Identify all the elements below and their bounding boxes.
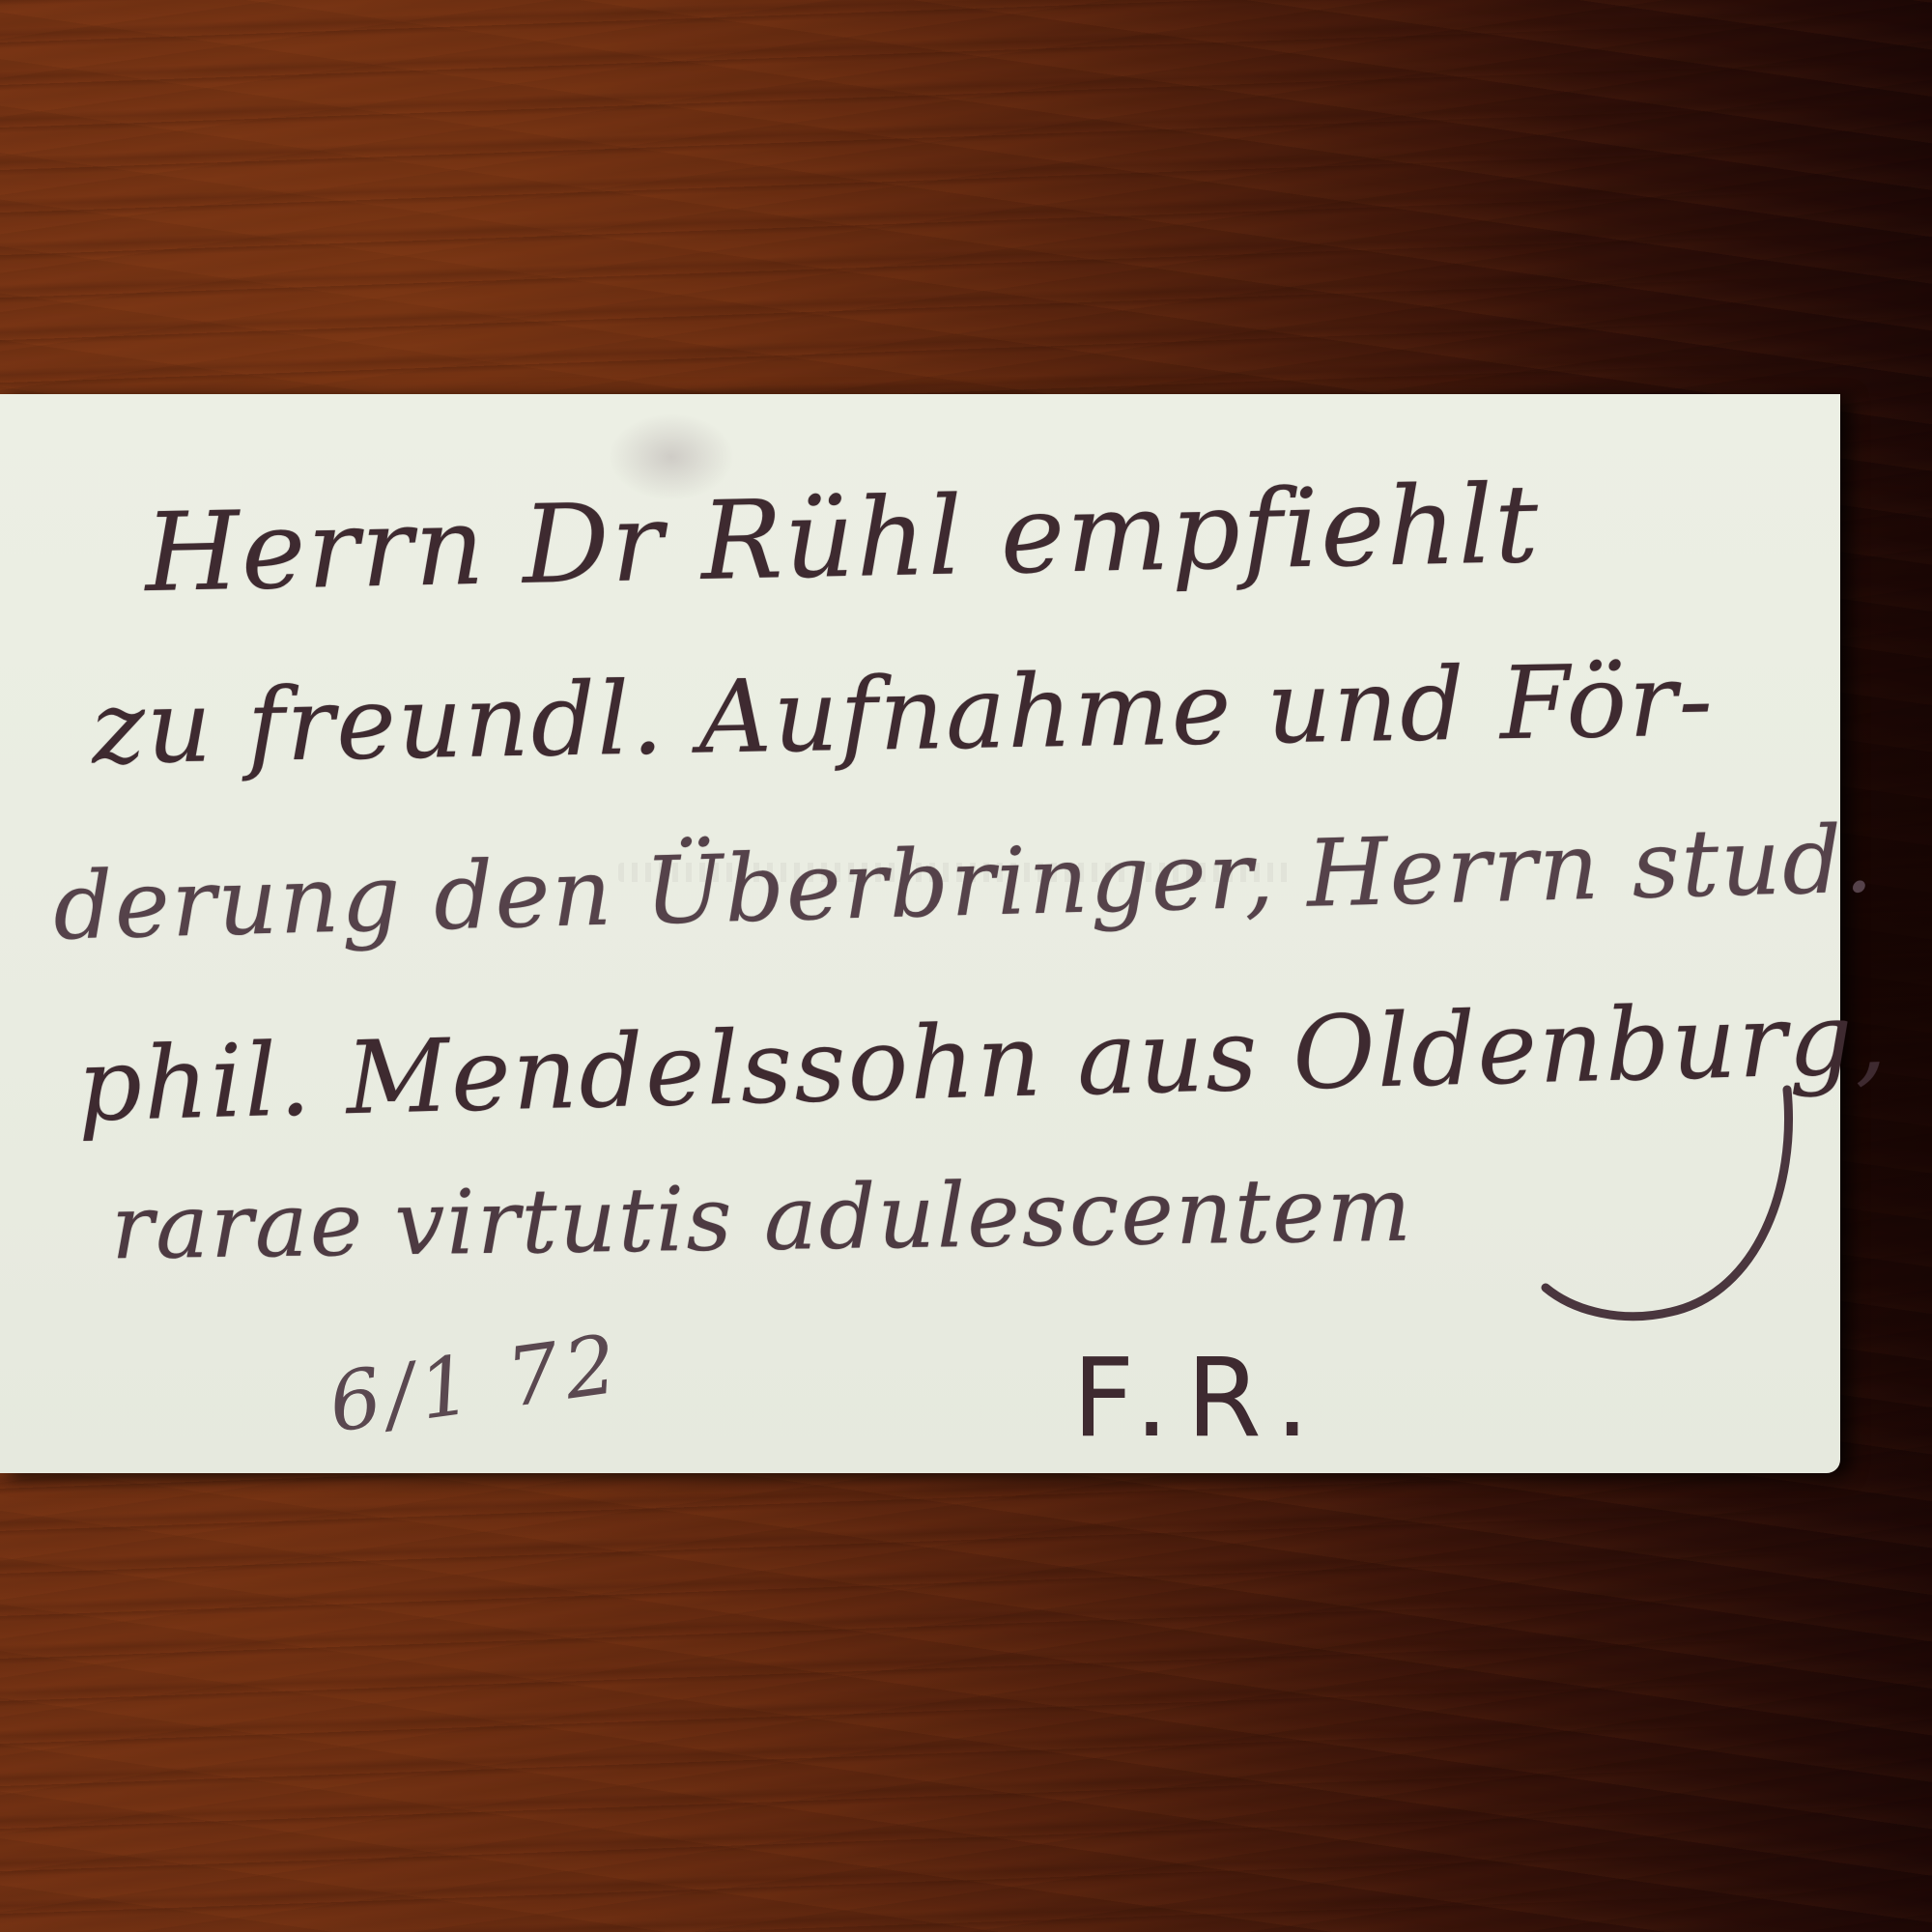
card-line-2: zu freundl. Aufnahme und För- — [91, 640, 1716, 786]
card-date: 6/1 72 — [324, 1316, 628, 1450]
pen-flourish-icon — [1507, 1070, 1816, 1379]
card-signature: F.R. — [1072, 1336, 1326, 1462]
card-line-5: rarae virtutis adulescentem — [110, 1158, 1413, 1280]
card-line-1: Herrn Dr Rühl empfiehlt — [144, 462, 1542, 616]
handwritten-card: Herrn Dr Rühl empfiehlt zu freundl. Aufn… — [0, 394, 1840, 1473]
card-line-3: derung den Überbringer, Herrn stud. — [52, 805, 1877, 960]
